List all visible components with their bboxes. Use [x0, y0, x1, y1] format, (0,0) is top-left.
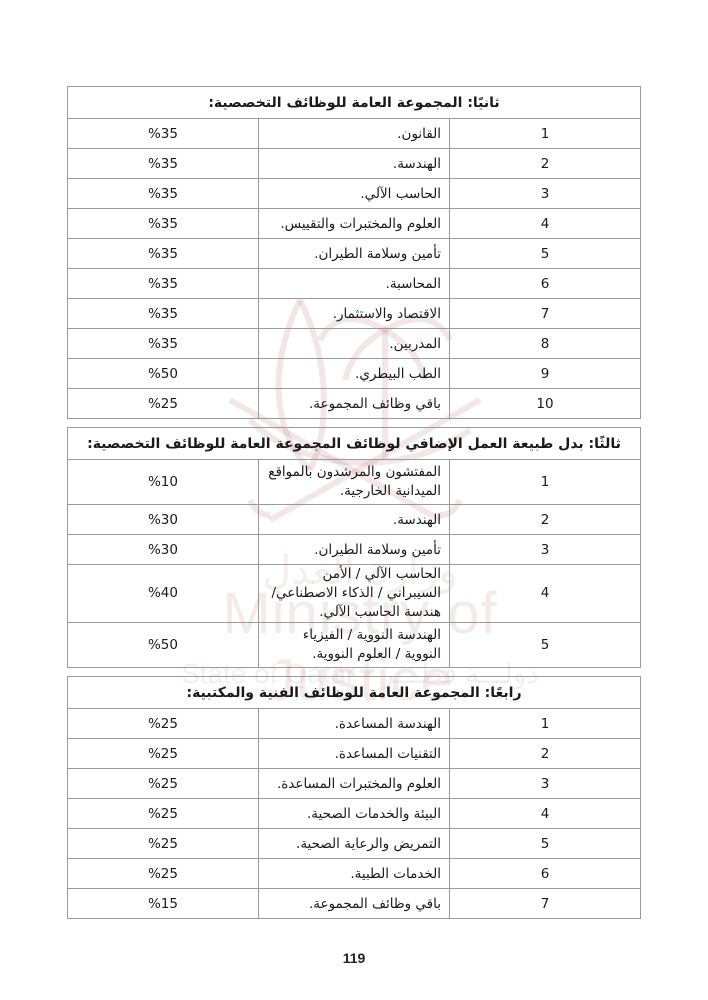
- row-percentage: %35: [68, 269, 259, 299]
- section-title: ثانيًا: المجموعة العامة للوظائف التخصصية…: [68, 87, 641, 119]
- row-job-name: الهندسة المساعدة.: [259, 709, 450, 739]
- table-row: 10باقي وظائف المجموعة.%25: [68, 389, 641, 419]
- row-percentage: %35: [68, 179, 259, 209]
- table-row: 4الحاسب الآلي / الأمن السيبراني / الذكاء…: [68, 565, 641, 623]
- row-percentage: %25: [68, 829, 259, 859]
- row-number: 1: [450, 119, 641, 149]
- table-row: 8المدربين.%35: [68, 329, 641, 359]
- row-job-name: الحاسب الآلي.: [259, 179, 450, 209]
- row-number: 10: [450, 389, 641, 419]
- row-job-name: تأمين وسلامة الطيران.: [259, 239, 450, 269]
- row-job-name: التمريض والرعاية الصحية.: [259, 829, 450, 859]
- section-title: ثالثًا: بدل طبيعة العمل الإضافي لوظائف ا…: [68, 428, 641, 460]
- table-row: 9الطب البيطري.%50: [68, 359, 641, 389]
- row-percentage: %30: [68, 535, 259, 565]
- row-percentage: %10: [68, 460, 259, 505]
- row-job-name: المفتشون والمرشدون بالمواقع الميدانية ال…: [259, 460, 450, 505]
- row-percentage: %50: [68, 359, 259, 389]
- row-job-name: تأمين وسلامة الطيران.: [259, 535, 450, 565]
- row-percentage: %35: [68, 119, 259, 149]
- row-number: 3: [450, 769, 641, 799]
- row-job-name: العلوم والمختبرات والتقييس.: [259, 209, 450, 239]
- table-row: 3الحاسب الآلي.%35: [68, 179, 641, 209]
- row-number: 2: [450, 149, 641, 179]
- table-row: 1المفتشون والمرشدون بالمواقع الميدانية ا…: [68, 460, 641, 505]
- row-percentage: %40: [68, 565, 259, 623]
- section-table-specialized-jobs: ثانيًا: المجموعة العامة للوظائف التخصصية…: [67, 86, 641, 419]
- row-number: 2: [450, 739, 641, 769]
- row-number: 3: [450, 179, 641, 209]
- row-percentage: %25: [68, 389, 259, 419]
- row-job-name: التقنيات المساعدة.: [259, 739, 450, 769]
- row-percentage: %25: [68, 799, 259, 829]
- table-row: 7باقي وظائف المجموعة.%15: [68, 889, 641, 919]
- table-row: 4العلوم والمختبرات والتقييس.%35: [68, 209, 641, 239]
- row-job-name: باقي وظائف المجموعة.: [259, 389, 450, 419]
- row-number: 4: [450, 565, 641, 623]
- row-percentage: %35: [68, 209, 259, 239]
- row-percentage: %25: [68, 859, 259, 889]
- row-number: 9: [450, 359, 641, 389]
- row-job-name: باقي وظائف المجموعة.: [259, 889, 450, 919]
- row-number: 8: [450, 329, 641, 359]
- row-percentage: %35: [68, 239, 259, 269]
- table-row: 2الهندسة.%30: [68, 505, 641, 535]
- row-job-name: المحاسبة.: [259, 269, 450, 299]
- row-job-name: الهندسة.: [259, 149, 450, 179]
- row-number: 6: [450, 859, 641, 889]
- table-row: 1الهندسة المساعدة.%25: [68, 709, 641, 739]
- row-job-name: المدربين.: [259, 329, 450, 359]
- row-percentage: %15: [68, 889, 259, 919]
- row-number: 3: [450, 535, 641, 565]
- row-number: 4: [450, 209, 641, 239]
- row-number: 2: [450, 505, 641, 535]
- row-job-name: العلوم والمختبرات المساعدة.: [259, 769, 450, 799]
- row-number: 6: [450, 269, 641, 299]
- row-job-name: الخدمات الطبية.: [259, 859, 450, 889]
- row-job-name: القانون.: [259, 119, 450, 149]
- table-row: 5التمريض والرعاية الصحية.%25: [68, 829, 641, 859]
- row-percentage: %30: [68, 505, 259, 535]
- table-row: 6المحاسبة.%35: [68, 269, 641, 299]
- row-number: 4: [450, 799, 641, 829]
- row-job-name: الاقتصاد والاستثمار.: [259, 299, 450, 329]
- section-title: رابعًا: المجموعة العامة للوظائف الفنية و…: [68, 677, 641, 709]
- table-row: 6الخدمات الطبية.%25: [68, 859, 641, 889]
- row-number: 1: [450, 709, 641, 739]
- row-percentage: %50: [68, 623, 259, 668]
- row-number: 5: [450, 623, 641, 668]
- table-row: 2التقنيات المساعدة.%25: [68, 739, 641, 769]
- row-number: 7: [450, 299, 641, 329]
- row-number: 1: [450, 460, 641, 505]
- row-job-name: الهندسة النووية / الفيزياء النووية / الع…: [259, 623, 450, 668]
- table-row: 4البيئة والخدمات الصحية.%25: [68, 799, 641, 829]
- row-job-name: الحاسب الآلي / الأمن السيبراني / الذكاء …: [259, 565, 450, 623]
- page-number: 119: [0, 950, 708, 966]
- row-number: 5: [450, 239, 641, 269]
- document-content: ثانيًا: المجموعة العامة للوظائف التخصصية…: [67, 86, 641, 927]
- table-row: 5الهندسة النووية / الفيزياء النووية / ال…: [68, 623, 641, 668]
- row-percentage: %25: [68, 769, 259, 799]
- row-percentage: %35: [68, 329, 259, 359]
- table-row: 5تأمين وسلامة الطيران.%35: [68, 239, 641, 269]
- row-percentage: %25: [68, 709, 259, 739]
- row-percentage: %35: [68, 299, 259, 329]
- row-job-name: الهندسة.: [259, 505, 450, 535]
- section-table-technical-clerical-jobs: رابعًا: المجموعة العامة للوظائف الفنية و…: [67, 676, 641, 919]
- row-job-name: البيئة والخدمات الصحية.: [259, 799, 450, 829]
- table-row: 3العلوم والمختبرات المساعدة.%25: [68, 769, 641, 799]
- row-number: 7: [450, 889, 641, 919]
- table-row: 2الهندسة.%35: [68, 149, 641, 179]
- table-row: 7الاقتصاد والاستثمار.%35: [68, 299, 641, 329]
- section-table-extra-work-allowance: ثالثًا: بدل طبيعة العمل الإضافي لوظائف ا…: [67, 427, 641, 668]
- row-number: 5: [450, 829, 641, 859]
- row-job-name: الطب البيطري.: [259, 359, 450, 389]
- row-percentage: %35: [68, 149, 259, 179]
- table-row: 3تأمين وسلامة الطيران.%30: [68, 535, 641, 565]
- row-percentage: %25: [68, 739, 259, 769]
- table-row: 1القانون.%35: [68, 119, 641, 149]
